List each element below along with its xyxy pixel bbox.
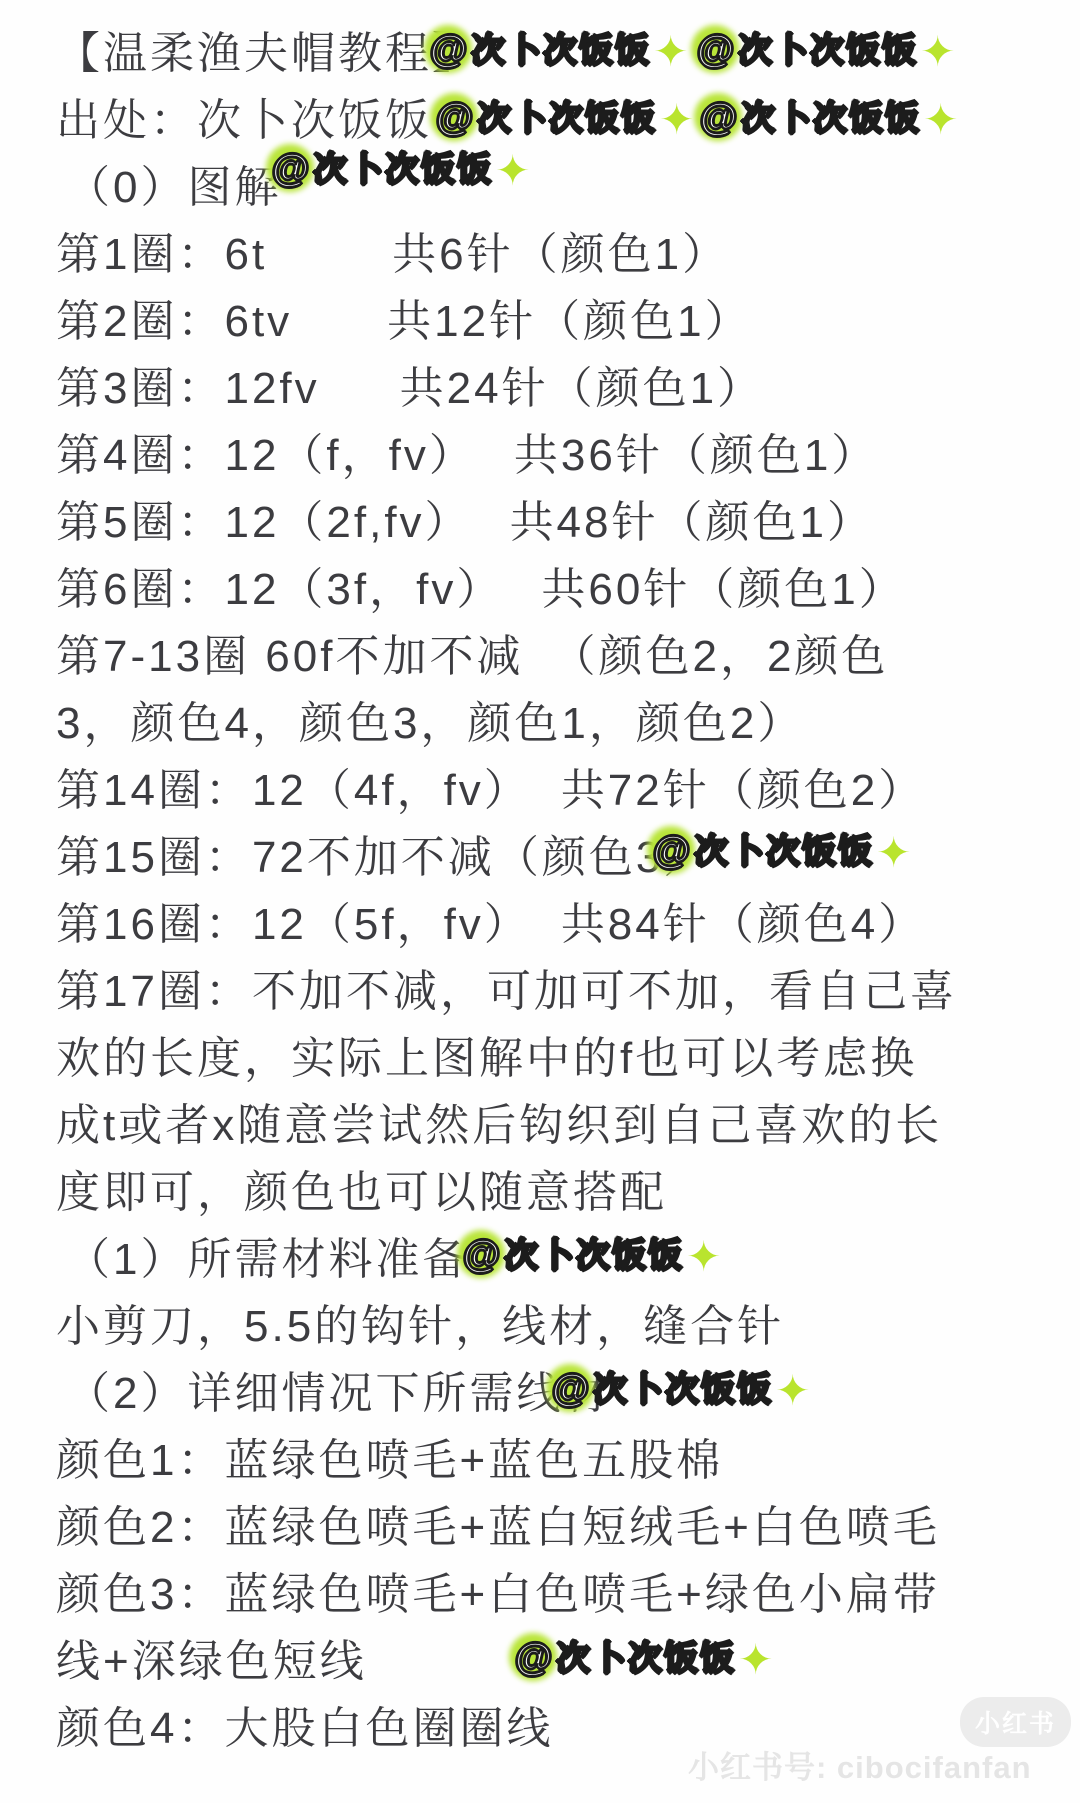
text-segment: 线+深绿色短线 bbox=[56, 1628, 367, 1695]
text-segment: 颜色4：大股白色圈圈线 bbox=[56, 1695, 553, 1762]
at-icon: @ bbox=[697, 27, 736, 73]
text-segment: 第1圈：6t bbox=[56, 221, 267, 288]
sparkle-icon: ✦ bbox=[738, 1636, 775, 1683]
at-icon: @ bbox=[272, 146, 311, 192]
at-icon: @ bbox=[552, 1366, 591, 1412]
sparkle-icon: ✦ bbox=[920, 28, 957, 75]
text-segment: 共36针（颜色1） bbox=[514, 422, 878, 489]
author-watermark: @次卜次饭饭✦ bbox=[552, 1366, 812, 1414]
text-segment: 共60针（颜色1） bbox=[541, 556, 905, 623]
watermark-author-name: 次卜次饭饭 bbox=[738, 32, 918, 70]
sparkle-icon: ✦ bbox=[495, 147, 532, 194]
text-segment: 第14圈：12（4f，fv） bbox=[56, 757, 531, 824]
xiaohongshu-logo-label: 小红书 bbox=[975, 1710, 1056, 1738]
sparkle-icon: ✦ bbox=[659, 96, 696, 143]
text-segment: 第2圈：6tv bbox=[56, 288, 292, 355]
text-segment: （颜色2，2颜色 bbox=[551, 623, 888, 690]
xiaohongshu-id-watermark: 小红书号: cibocifanfan bbox=[688, 1742, 1032, 1787]
author-watermark: @次卜次饭饭✦ bbox=[272, 146, 532, 194]
text-line: 第5圈：12（2f,fv）共48针（颜色1） bbox=[56, 489, 1066, 556]
text-segment: 成t或者x随意尝试然后钩织到自己喜欢的长 bbox=[56, 1092, 942, 1159]
text-segment: 第16圈：12（5f，fv） bbox=[56, 891, 531, 958]
text-segment: 共6针（颜色1） bbox=[392, 221, 729, 288]
text-line: 第2圈：6tv共12针（颜色1） bbox=[56, 288, 1066, 355]
text-segment: 度即可，颜色也可以随意搭配 bbox=[56, 1159, 667, 1226]
text-segment: 颜色2：蓝绿色喷毛+蓝白短绒毛+白色喷毛 bbox=[56, 1494, 940, 1561]
tutorial-note-page: 【温柔渔夫帽教程】出处：次卜次饭饭（0）图解第1圈：6t共6针（颜色1）第2圈：… bbox=[0, 0, 1080, 1803]
text-segment: 共48针（颜色1） bbox=[510, 489, 874, 556]
text-line: 度即可，颜色也可以随意搭配 bbox=[56, 1159, 1066, 1226]
text-line: 颜色1：蓝绿色喷毛+蓝色五股棉 bbox=[56, 1427, 1066, 1494]
text-segment: （0）图解 bbox=[66, 154, 281, 221]
text-segment: 共72针（颜色2） bbox=[561, 757, 925, 824]
at-icon: @ bbox=[515, 1635, 554, 1681]
text-line: 第17圈：不加不减，可加可不加，看自己喜 bbox=[56, 958, 1066, 1025]
sparkle-icon: ✦ bbox=[876, 829, 913, 876]
tutorial-text-block: 【温柔渔夫帽教程】出处：次卜次饭饭（0）图解第1圈：6t共6针（颜色1）第2圈：… bbox=[56, 20, 1066, 1762]
text-segment: 颜色3：蓝绿色喷毛+白色喷毛+绿色小扁带 bbox=[56, 1561, 940, 1628]
author-watermark: @次卜次饭饭✦ bbox=[436, 95, 696, 143]
text-segment: 第5圈：12（2f,fv） bbox=[56, 489, 472, 556]
text-line: 3，颜色4，颜色3，颜色1，颜色2） bbox=[56, 690, 1066, 757]
text-segment: 欢的长度，实际上图解中的f也可以考虑换 bbox=[56, 1025, 917, 1092]
watermark-author-name: 次卜次饭饭 bbox=[741, 100, 921, 138]
sparkle-icon: ✦ bbox=[923, 96, 960, 143]
text-segment: 第6圈：12（3f，fv） bbox=[56, 556, 503, 623]
author-watermark: @次卜次饭饭✦ bbox=[653, 828, 913, 876]
text-segment: 第17圈：不加不减，可加可不加，看自己喜 bbox=[56, 958, 957, 1025]
text-segment: （2）详细情况下所需线材 bbox=[66, 1360, 610, 1427]
text-line: 小剪刀，5.5的钩针，线材，缝合针 bbox=[56, 1293, 1066, 1360]
text-line: 第7-13圈 60f不加不减（颜色2，2颜色 bbox=[56, 623, 1066, 690]
text-line: 第6圈：12（3f，fv）共60针（颜色1） bbox=[56, 556, 1066, 623]
text-segment: （1）所需材料准备 bbox=[66, 1226, 469, 1293]
text-segment: 第4圈：12（f，fv） bbox=[56, 422, 476, 489]
text-segment: 【温柔渔夫帽教程】 bbox=[56, 20, 479, 87]
at-icon: @ bbox=[436, 95, 475, 141]
text-line: 第1圈：6t共6针（颜色1） bbox=[56, 221, 1066, 288]
at-icon: @ bbox=[430, 27, 469, 73]
watermark-author-name: 次卜次饭饭 bbox=[471, 32, 651, 70]
text-line: 颜色3：蓝绿色喷毛+白色喷毛+绿色小扁带 bbox=[56, 1561, 1066, 1628]
text-segment: 出处：次卜次饭饭 bbox=[56, 87, 432, 154]
author-watermark: @次卜次饭饭✦ bbox=[463, 1232, 723, 1280]
sparkle-icon: ✦ bbox=[686, 1233, 723, 1280]
text-line: 第15圈：72不加不减（颜色3） bbox=[56, 824, 1066, 891]
text-line: 第14圈：12（4f，fv）共72针（颜色2） bbox=[56, 757, 1066, 824]
text-segment: 第15圈：72不加不减（颜色3） bbox=[56, 824, 710, 891]
watermark-author-name: 次卜次饭饭 bbox=[694, 833, 874, 871]
xiaohongshu-logo-badge: 小红书 bbox=[960, 1697, 1071, 1747]
watermark-author-name: 次卜次饭饭 bbox=[477, 100, 657, 138]
text-line: 第3圈：12fv共24针（颜色1） bbox=[56, 355, 1066, 422]
watermark-author-name: 次卜次饭饭 bbox=[593, 1371, 773, 1409]
text-segment: 第7-13圈 60f不加不减 bbox=[56, 623, 523, 690]
watermark-author-name: 次卜次饭饭 bbox=[504, 1237, 684, 1275]
sparkle-icon: ✦ bbox=[653, 28, 690, 75]
author-watermark: @次卜次饭饭✦ bbox=[700, 95, 960, 143]
text-line: 欢的长度，实际上图解中的f也可以考虑换 bbox=[56, 1025, 1066, 1092]
author-watermark: @次卜次饭饭✦ bbox=[515, 1635, 775, 1683]
text-segment: 共12针（颜色1） bbox=[387, 288, 751, 355]
text-segment: 小剪刀，5.5的钩针，线材，缝合针 bbox=[56, 1293, 784, 1360]
watermark-author-name: 次卜次饭饭 bbox=[556, 1640, 736, 1678]
sparkle-icon: ✦ bbox=[775, 1367, 812, 1414]
text-segment: 3，颜色4，颜色3，颜色1，颜色2） bbox=[56, 690, 804, 757]
text-segment: 共84针（颜色4） bbox=[561, 891, 925, 958]
at-icon: @ bbox=[653, 828, 692, 874]
text-segment: 共24针（颜色1） bbox=[400, 355, 764, 422]
at-icon: @ bbox=[700, 95, 739, 141]
text-line: 颜色2：蓝绿色喷毛+蓝白短绒毛+白色喷毛 bbox=[56, 1494, 1066, 1561]
text-segment: 第3圈：12fv bbox=[56, 355, 320, 422]
text-line: 第16圈：12（5f，fv）共84针（颜色4） bbox=[56, 891, 1066, 958]
author-watermark: @次卜次饭饭✦ bbox=[430, 27, 690, 75]
at-icon: @ bbox=[463, 1232, 502, 1278]
text-line: （0）图解 bbox=[56, 154, 1066, 221]
text-line: 成t或者x随意尝试然后钩织到自己喜欢的长 bbox=[56, 1092, 1066, 1159]
text-line: 第4圈：12（f，fv）共36针（颜色1） bbox=[56, 422, 1066, 489]
watermark-author-name: 次卜次饭饭 bbox=[313, 151, 493, 189]
text-segment: 颜色1：蓝绿色喷毛+蓝色五股棉 bbox=[56, 1427, 723, 1494]
author-watermark: @次卜次饭饭✦ bbox=[697, 27, 957, 75]
